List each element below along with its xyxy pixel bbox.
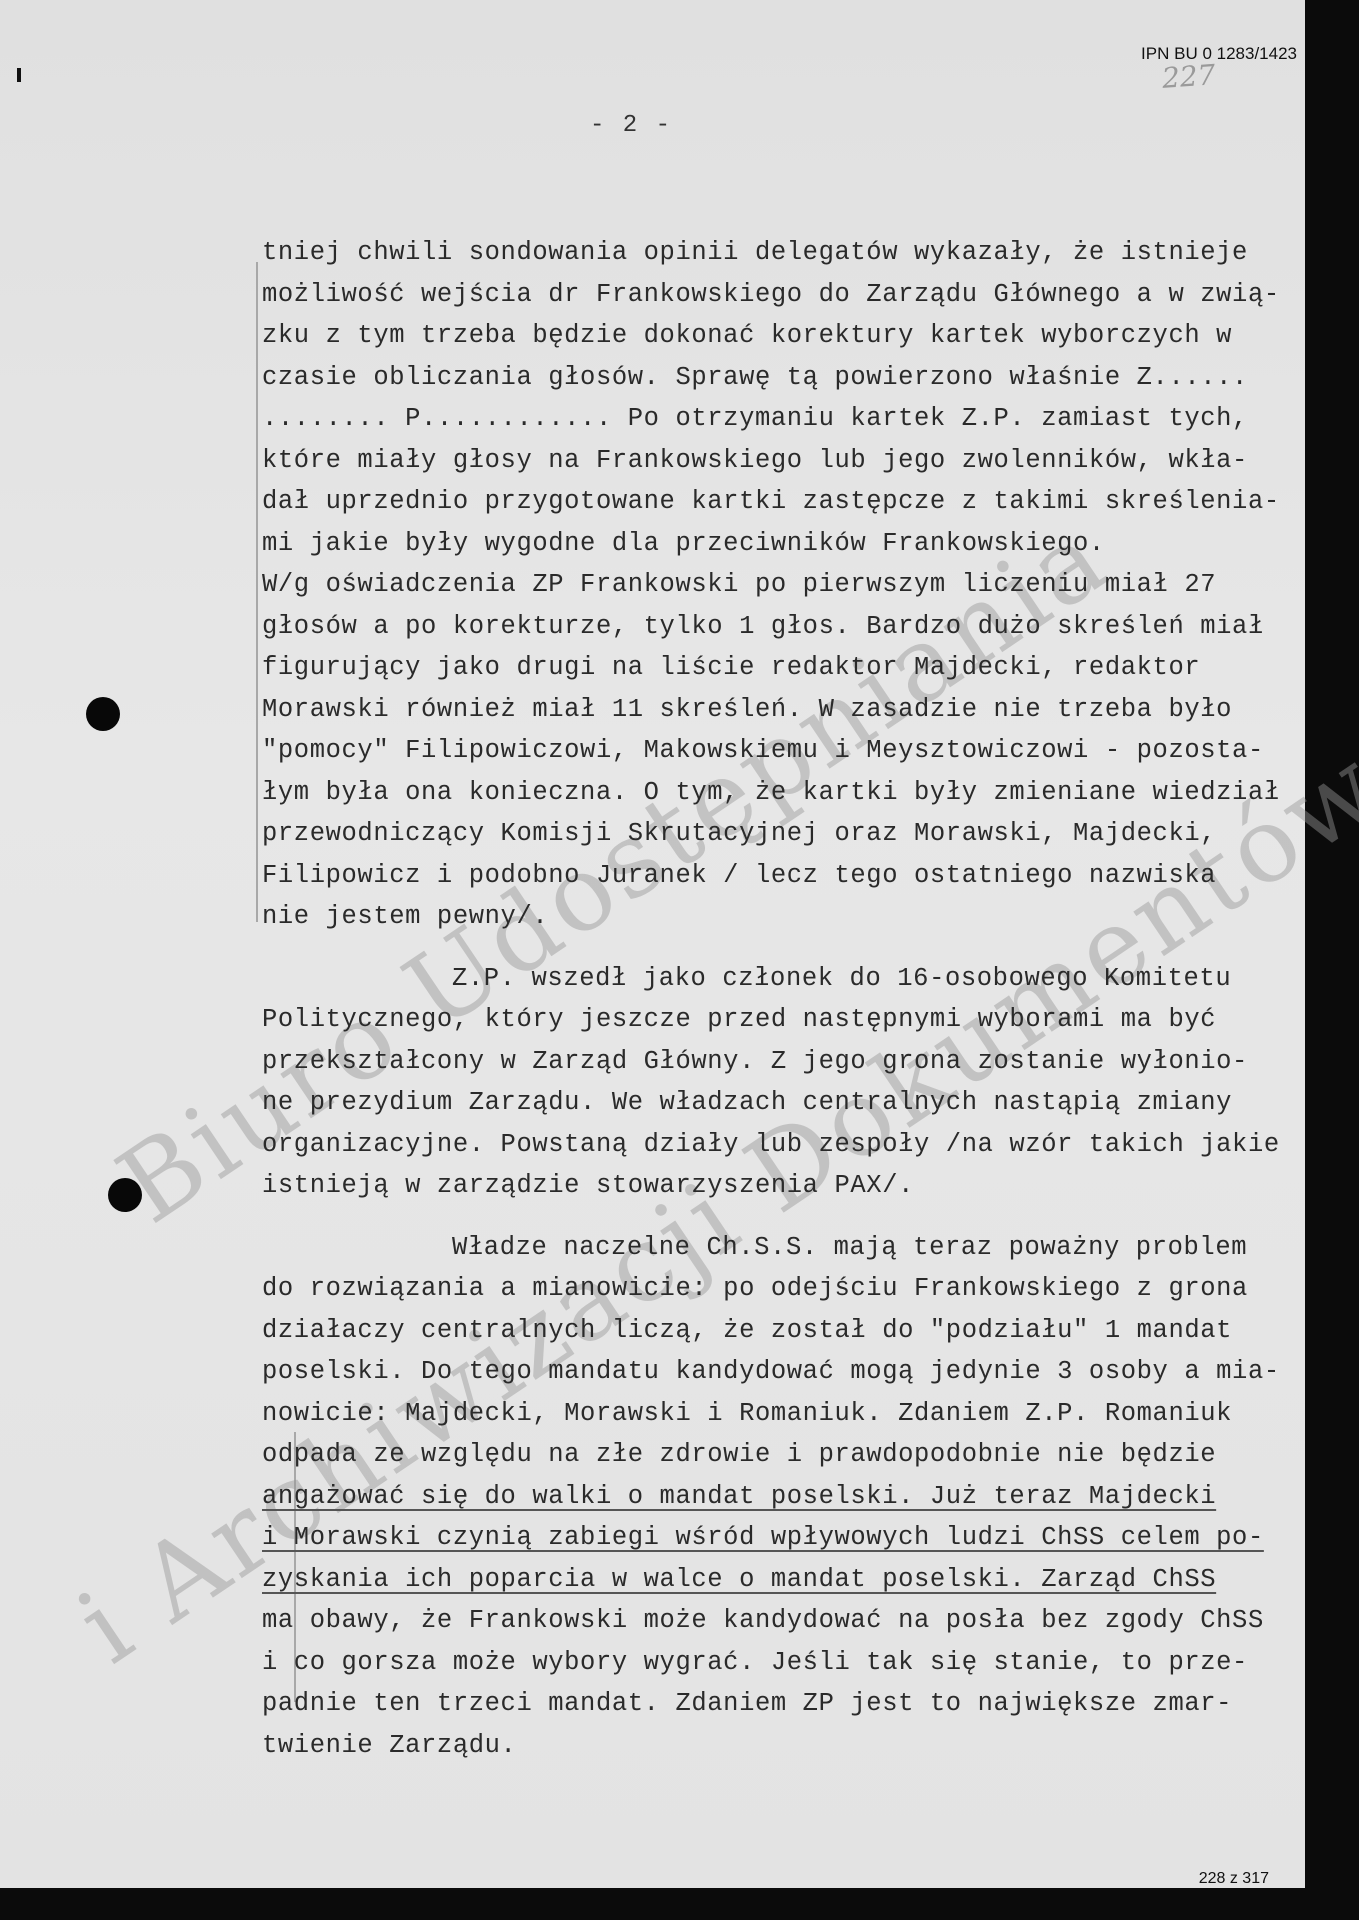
text-line: odpada ze względu na złe zdrowie i prawd… xyxy=(262,1434,1312,1476)
text-line: przewodniczący Komisji Skrutacyjnej oraz… xyxy=(262,813,1312,855)
text-line-underlined: i Morawski czynią zabiegi wśród wpływowy… xyxy=(262,1517,1312,1559)
text-line: ma obawy, że Frankowski może kandydować … xyxy=(262,1600,1312,1642)
text-line: W/g oświadczenia ZP Frankowski po pierws… xyxy=(262,564,1312,606)
text-line: ........ P............ Po otrzymaniu kar… xyxy=(262,398,1312,440)
text-line: które miały głosy na Frankowskiego lub j… xyxy=(262,440,1312,482)
margin-mark xyxy=(17,68,21,82)
text-line: twienie Zarządu. xyxy=(262,1725,1312,1767)
text-line: do rozwiązania a mianowicie: po odejściu… xyxy=(262,1268,1312,1310)
text-line: ne prezydium Zarządu. We władzach centra… xyxy=(262,1082,1312,1124)
text-line: figurujący jako drugi na liście redaktor… xyxy=(262,647,1312,689)
text-line: dał uprzednio przygotowane kartki zastęp… xyxy=(262,481,1312,523)
text-line: "pomocy" Filipowiczowi, Makowskiemu i Me… xyxy=(262,730,1312,772)
document-page: IPN BU 0 1283/1423 227 - 2 - Biuro Udost… xyxy=(0,0,1305,1888)
text-line: padnie ten trzeci mandat. Zdaniem ZP jes… xyxy=(262,1683,1312,1725)
punch-hole xyxy=(108,1178,142,1212)
page-header-number: - 2 - xyxy=(590,112,672,139)
paragraph-2: Z.P. wszedł jako członek do 16-osobowego… xyxy=(262,958,1312,1207)
text-line: Morawski również miał 11 skreśleń. W zas… xyxy=(262,689,1312,731)
text-line: Z.P. wszedł jako członek do 16-osobowego… xyxy=(262,958,1312,1000)
text-line: poselski. Do tego mandatu kandydować mog… xyxy=(262,1351,1312,1393)
text-line: łym była ona konieczna. O tym, że kartki… xyxy=(262,772,1312,814)
paragraph-3: Władze naczelne Ch.S.S. mają teraz poważ… xyxy=(262,1227,1312,1767)
page-counter: 228 z 317 xyxy=(1199,1870,1269,1888)
punch-hole xyxy=(86,697,120,731)
text-line: nowicie: Majdecki, Morawski i Romaniuk. … xyxy=(262,1393,1312,1435)
text-line: możliwość wejścia dr Frankowskiego do Za… xyxy=(262,274,1312,316)
text-line: czasie obliczania głosów. Sprawę tą powi… xyxy=(262,357,1312,399)
text-line-underlined: zyskania ich poparcia w walce o mandat p… xyxy=(262,1559,1312,1601)
text-line: działaczy centralnych liczą, że został d… xyxy=(262,1310,1312,1352)
text-line: Filipowicz i podobno Juranek / lecz tego… xyxy=(262,855,1312,897)
document-body: tniej chwili sondowania opinii delegatów… xyxy=(262,232,1312,1766)
text-line: tniej chwili sondowania opinii delegatów… xyxy=(262,232,1312,274)
text-line: zku z tym trzeba będzie dokonać korektur… xyxy=(262,315,1312,357)
margin-line xyxy=(256,262,258,922)
handwritten-folio-number: 227 xyxy=(1161,58,1217,95)
text-line: i co gorsza może wybory wygrać. Jeśli ta… xyxy=(262,1642,1312,1684)
paragraph-1: tniej chwili sondowania opinii delegatów… xyxy=(262,232,1312,938)
text-line-underlined: angażować się do walki o mandat poselski… xyxy=(262,1476,1312,1518)
text-line: przekształcony w Zarząd Główny. Z jego g… xyxy=(262,1041,1312,1083)
text-line: głosów a po korekturze, tylko 1 głos. Ba… xyxy=(262,606,1312,648)
text-line: mi jakie były wygodne dla przeciwników F… xyxy=(262,523,1312,565)
text-line: istnieją w zarządzie stowarzyszenia PAX/… xyxy=(262,1165,1312,1207)
text-line: nie jestem pewny/. xyxy=(262,896,1312,938)
text-line: Władze naczelne Ch.S.S. mają teraz poważ… xyxy=(262,1227,1312,1269)
text-line: Politycznego, który jeszcze przed następ… xyxy=(262,999,1312,1041)
text-line: organizacyjne. Powstaną działy lub zespo… xyxy=(262,1124,1312,1166)
